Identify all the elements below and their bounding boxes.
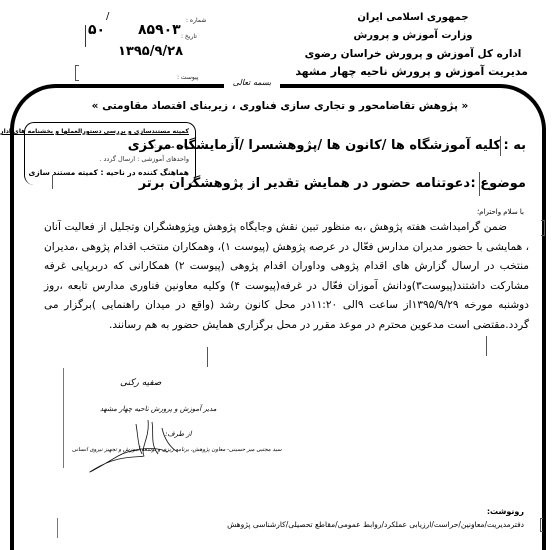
number-label: شماره : (186, 17, 206, 24)
letter-body: ضمن گرامیداشت هفته پژوهش ،به منظور تبین … (44, 218, 529, 335)
cc-marker (540, 518, 543, 532)
date-label: تاریخ : (181, 33, 197, 40)
educational-units: واحدهای آموزشی : ارسال گردد . (99, 155, 189, 163)
signature-scribble-icon (78, 418, 198, 478)
text-cursor (500, 136, 501, 156)
text-cursor (486, 336, 487, 356)
bismillah-emblem: بسمه تعالی (232, 72, 272, 94)
recipient-value: کلیه آموزشگاه ها /کانون ها /پژوهشسرا /آز… (128, 138, 501, 153)
header-line-republic: جمهوری اسلامی ایران (298, 12, 528, 23)
letter-number-prefix: ۵۰ (88, 22, 105, 38)
text-cursor (57, 518, 58, 538)
greeting: با سلام واحترام؛ (477, 208, 524, 216)
paragraph-marker (541, 220, 545, 236)
header-line-ministry: وزارت آموزش و پرورش (298, 30, 528, 41)
signature-margin-line (63, 368, 64, 468)
slogan: « پژوهش تقاضامحور و تجاری سازی فناوری ، … (60, 100, 500, 112)
number-separator: / (106, 11, 109, 22)
signer-name: صفیه رکنی (120, 378, 161, 388)
cc-value: دفترمدیریت/معاونین/حراست/ارزیابی عملکرد/… (227, 520, 524, 529)
letter-date: ۱۳۹۵/۹/۲۸ (118, 44, 183, 59)
committee-title: کمیته مستندسازی و بررسی دستورالعملها و ب… (0, 128, 189, 135)
attachment-field[interactable] (75, 65, 79, 81)
attachment-label: پیوست : (177, 74, 198, 81)
signer-title: مدیر آموزش و پرورش ناحیه چهار مشهد (100, 405, 217, 413)
header-line-province: اداره کل آموزش و پرورش خراسان رضوی (298, 48, 528, 60)
header-line-district: مدیریت آموزش و پرورش ناحیه چهار مشهد (298, 65, 528, 78)
text-cursor (52, 175, 53, 189)
text-cursor (207, 347, 208, 367)
cc-label: رونوشت: (487, 507, 524, 516)
text-cursor (85, 25, 86, 47)
letter-number: ۸۵۹۰۳ (138, 22, 181, 38)
subject-value: دعوتنامه حضور در همایش تقدیر از پژوهشگرا… (139, 176, 470, 191)
text-cursor (479, 172, 480, 196)
recipient-label: به : (504, 138, 527, 153)
